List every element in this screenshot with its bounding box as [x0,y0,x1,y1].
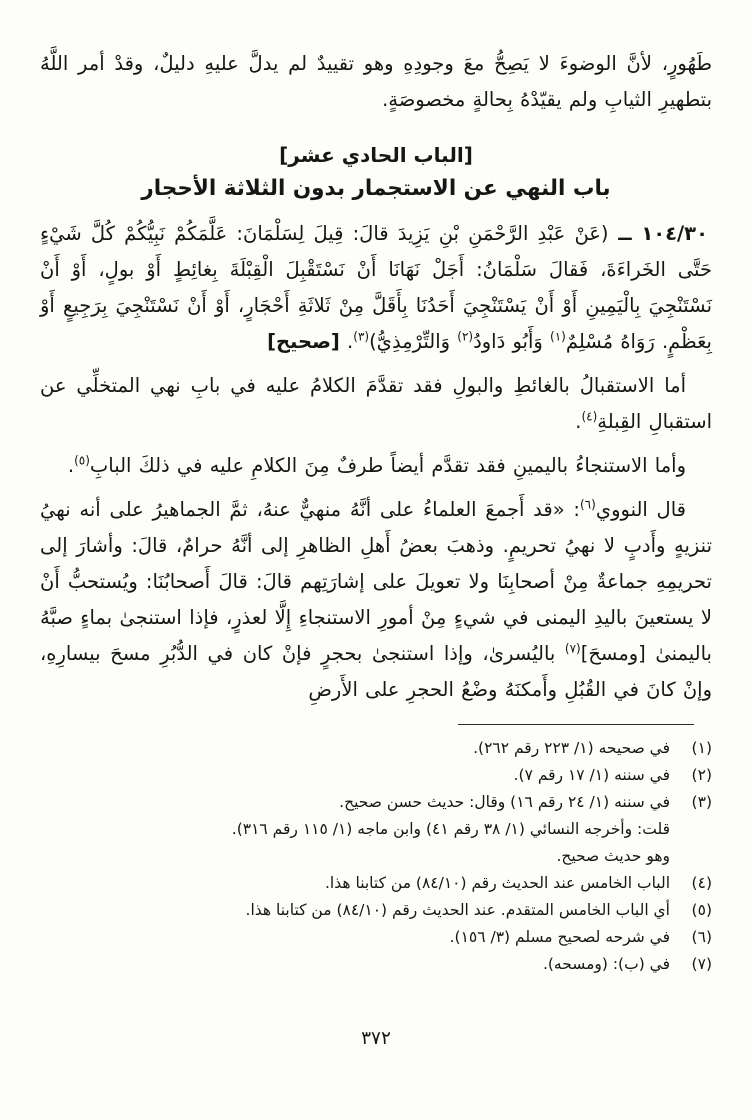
commentary-paragraph-istinja: وأما الاستنجاءُ باليمينِ فقد تقدَّم أيضا… [40,448,712,484]
footnote-item: (١)في صحيحه (١/ ٢٢٣ رقم ٢٦٢). [40,735,712,762]
hadith-paragraph: ١٠٤/٣٠ ــ (عَنْ عَبْدِ الرَّحْمَنِ بْنِ … [40,216,712,360]
footnote-number: (٥) [678,897,712,924]
footnote-text: في سننه (١/ ٢٤ رقم ١٦) وقال: حديث حسن صح… [40,789,670,870]
footnote-number: (٤) [678,870,712,897]
footnote-number: (٧) [678,951,712,978]
footnote-separator [458,724,694,725]
footnote-line: في (ب): (ومسحه). [40,951,670,978]
page-number: ٣٧٢ [0,1028,752,1049]
text-run: : «قد أَجمعَ العلماءُ على أنَّهُ منهيٌّ … [40,498,712,665]
footnote-text: الباب الخامس عند الحديث رقم (٨٤/١٠) من ك… [40,870,670,897]
footnote-line: في سننه (١/ ٢٤ رقم ١٦) وقال: حديث حسن صح… [40,789,670,816]
footnote-line: في صحيحه (١/ ٢٢٣ رقم ٢٦٢). [40,735,670,762]
footnote-number: (٦) [678,924,712,951]
footnote-ref-marker: (٤) [581,410,597,424]
footnote-text: في سننه (١/ ١٧ رقم ٧). [40,762,670,789]
footnote-ref-marker: (٢) [457,330,473,344]
footnotes-section: (١)في صحيحه (١/ ٢٢٣ رقم ٢٦٢).(٢)في سننه … [40,724,712,978]
bold-text: ١٠٤/٣٠ ــ [609,222,708,245]
footnote-line: أي الباب الخامس المتقدم. عند الحديث رقم … [40,897,670,924]
footnote-number: (٢) [678,762,712,789]
text-run: قال النووي [596,498,686,521]
footnote-text: في شرحه لصحيح مسلم (٣/ ١٥٦). [40,924,670,951]
footnote-text: في صحيحه (١/ ٢٢٣ رقم ٢٦٢). [40,735,670,762]
footnote-text: أي الباب الخامس المتقدم. عند الحديث رقم … [40,897,670,924]
footnote-ref-marker: (٧) [565,642,581,656]
footnote-item: (٧)في (ب): (ومسحه). [40,951,712,978]
footnote-line: الباب الخامس عند الحديث رقم (٨٤/١٠) من ك… [40,870,670,897]
commentary-paragraph-istiqbal: أما الاستقبالُ بالغائطِ والبولِ فقد تقدَ… [40,368,712,440]
footnote-ref-marker: (٥) [74,454,90,468]
footnote-line: قلت: وأخرجه النسائي (١/ ٣٨ رقم ٤١) وابن … [40,816,670,843]
text-run: أما الاستقبالُ بالغائطِ والبولِ فقد تقدَ… [40,374,712,433]
chapter-heading: [الباب الحادي عشر] [40,142,712,168]
bold-text: [صحيح] [267,330,340,353]
footnote-text: في (ب): (ومسحه). [40,951,670,978]
section-title: باب النهي عن الاستجمار بدون الثلاثة الأح… [40,174,712,204]
footnotes-list: (١)في صحيحه (١/ ٢٢٣ رقم ٢٦٢).(٢)في سننه … [40,735,712,978]
footnote-item: (٢)في سننه (١/ ١٧ رقم ٧). [40,762,712,789]
book-page: طَهُورٍ، لأنَّ الوضوءَ لا يَصِحُّ معَ وج… [0,0,752,1120]
footnote-item: (٤)الباب الخامس عند الحديث رقم (٨٤/١٠) م… [40,870,712,897]
footnote-number: (١) [678,735,712,762]
footnote-item: (٣)في سننه (١/ ٢٤ رقم ١٦) وقال: حديث حسن… [40,789,712,870]
footnote-ref-marker: (١) [550,330,566,344]
footnote-ref-marker: (٣) [353,330,369,344]
footnote-number: (٣) [678,789,712,816]
footnote-line: في سننه (١/ ١٧ رقم ٧). [40,762,670,789]
intro-paragraph: طَهُورٍ، لأنَّ الوضوءَ لا يَصِحُّ معَ وج… [40,46,712,118]
footnote-ref-marker: (٦) [580,498,596,512]
text-run: وأما الاستنجاءُ باليمينِ فقد تقدَّم أيضا… [90,454,686,477]
text-run: وَأَبُو دَاودُ [473,330,550,353]
footnote-item: (٥)أي الباب الخامس المتقدم. عند الحديث ر… [40,897,712,924]
footnote-line: وهو حديث صحيح. [40,843,670,870]
text-run: وَالتِّرْمِذِيُّ) [369,330,457,353]
footnote-line: في شرحه لصحيح مسلم (٣/ ١٥٦). [40,924,670,951]
text-run: . [340,330,353,353]
footnote-item: (٦)في شرحه لصحيح مسلم (٣/ ١٥٦). [40,924,712,951]
commentary-paragraph-nawawi: قال النووي(٦): «قد أَجمعَ العلماءُ على أ… [40,492,712,708]
